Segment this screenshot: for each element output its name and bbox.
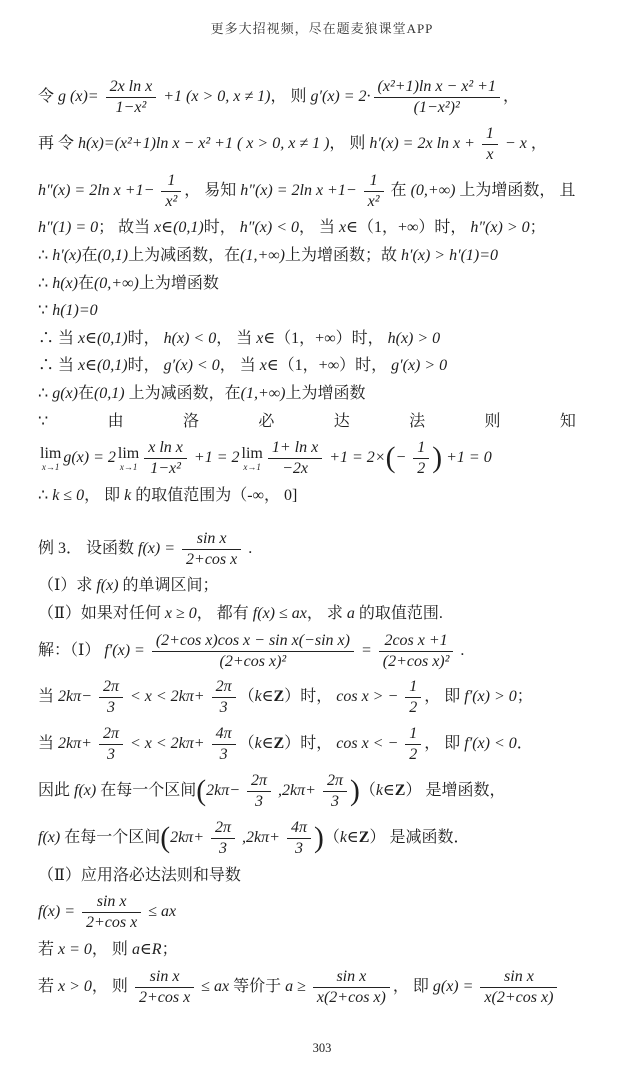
text-run: ， 易知: [184, 182, 240, 199]
fraction: 1x²: [364, 172, 384, 211]
fraction-numerator: 1: [364, 172, 384, 192]
text-run: 当: [38, 688, 58, 705]
fraction-denominator: 2+cos x: [82, 913, 141, 932]
text-run: ∴ 当: [38, 357, 78, 374]
text-line: 当 2kπ− 2π3 < x < 2kπ+ 2π3（k∈Z）时， cos x >…: [38, 677, 604, 718]
text-line: （Ⅱ）如果对任何 x ≥ 0， 都有 f(x) ≤ ax， 求 a 的取值范围.: [38, 603, 604, 625]
text-run: ∴: [38, 487, 52, 504]
fraction-numerator: 2x ln x: [106, 78, 157, 98]
math-run: +1 = 2: [190, 449, 240, 466]
text-run: 的取值范围.: [355, 605, 443, 622]
fraction-numerator: 2π: [211, 819, 235, 839]
limit-subscript: x→1: [120, 463, 138, 472]
fraction: sin xx(2+cos x): [480, 968, 557, 1007]
text-run: 则: [485, 411, 501, 433]
fraction-numerator: 2π: [99, 678, 123, 698]
text-run: （: [324, 829, 340, 846]
fraction: 2x ln x1−x²: [106, 78, 157, 117]
math-run: +1 (x > 0, x ≠ 1): [159, 88, 270, 105]
text-line: ∵ h(1)=0: [38, 300, 604, 322]
math-run: ,2kπ+: [238, 829, 284, 846]
limit-operator: limx→1: [118, 446, 139, 472]
text-run: ∵: [38, 411, 48, 433]
fraction: 1x: [482, 125, 498, 164]
fraction-numerator: 2π: [323, 772, 347, 792]
math-run: x∈(0,1): [154, 219, 204, 236]
page-number: 303: [0, 1041, 644, 1056]
text-run: ∴: [38, 247, 52, 264]
text-run: 若: [38, 978, 58, 995]
text-run: 时，: [204, 219, 240, 236]
stretchy-paren: (: [160, 822, 170, 854]
math-bold-run: Z: [274, 688, 285, 705]
math-run: g′(x) < 0: [164, 357, 220, 374]
math-run: h″(x) > 0: [470, 219, 529, 236]
text-run: ，: [503, 88, 519, 105]
text-run: 令: [38, 88, 58, 105]
math-run: x = 0: [58, 941, 92, 958]
text-run: 上为增函数: [286, 385, 366, 402]
text-line: 若 x = 0， 则 a∈R；: [38, 939, 604, 961]
stretchy-paren: (: [386, 442, 396, 474]
fraction: 4π3: [287, 819, 311, 858]
fraction: 1x²: [161, 172, 181, 211]
fraction: 2cos x +1(2+cos x)²: [379, 632, 454, 671]
math-bold-run: Z: [395, 782, 406, 799]
fraction-denominator: x²: [364, 192, 384, 211]
text-run: 上为减函数，在: [128, 247, 240, 264]
math-run: f(x): [74, 782, 96, 799]
fraction-denominator: (2+cos x)²: [152, 652, 354, 671]
text-run: ∵: [38, 302, 52, 319]
math-run: (1,+∞): [240, 247, 285, 264]
fraction: 12: [413, 439, 429, 478]
text-run: ）时，: [284, 688, 336, 705]
fraction-denominator: 3: [99, 745, 123, 764]
text-line: ∴ h(x)在(0,+∞)上为增函数: [38, 273, 604, 295]
fraction: 2π3: [247, 772, 271, 811]
math-run: g(x) = 2: [63, 449, 116, 466]
fraction-numerator: 2π: [247, 772, 271, 792]
text-run: 再 令: [38, 135, 78, 152]
fraction: 2π3: [211, 819, 235, 858]
text-run: 若: [38, 941, 58, 958]
fraction: x ln x1−x²: [144, 439, 187, 478]
fraction-denominator: 2+cos x: [135, 988, 194, 1007]
math-run: x∈(0,1): [78, 330, 128, 347]
text-run: ；: [162, 941, 178, 958]
fraction-numerator: 1: [405, 725, 421, 745]
math-run: ≤ ax: [144, 903, 176, 920]
text-line: 例 3． 设函数 f(x) = sin x2+cos x .: [38, 529, 604, 570]
math-run: x∈: [256, 330, 275, 347]
math-run: g′(x) > 0: [391, 357, 447, 374]
math-run: g(x): [52, 385, 78, 402]
text-line: f(x) 在每一个区间(2kπ+ 2π3 ,2kπ+ 4π3)（k∈Z） 是减函…: [38, 818, 604, 859]
stretchy-paren: ): [432, 442, 442, 474]
fraction: (x²+1)ln x − x² +1(1−x²)²: [374, 78, 500, 117]
fraction-denominator: (2+cos x)²: [379, 652, 454, 671]
fraction-numerator: x ln x: [144, 439, 187, 459]
text-run: 上为增函数， 且: [455, 182, 575, 199]
math-run: k∈: [255, 735, 274, 752]
text-run: ， 即: [424, 735, 464, 752]
math-run: (1,+∞): [241, 385, 286, 402]
math-run: x∈(0,1): [78, 357, 128, 374]
math-run: ≤ ax: [197, 978, 229, 995]
fraction: 2π3: [212, 678, 236, 717]
math-run: 2kπ−: [58, 688, 96, 705]
fraction-numerator: 1: [482, 125, 498, 145]
math-run: k∈: [376, 782, 395, 799]
math-run: h′(x) > h′(1)=0: [401, 247, 498, 264]
text-run: ） 是减函数．: [369, 829, 469, 846]
text-run: （Ⅰ）求: [38, 577, 96, 594]
fraction: 2π3: [99, 678, 123, 717]
fraction: sin xx(2+cos x): [313, 968, 390, 1007]
fraction-denominator: −2x: [268, 459, 322, 478]
text-run: ， 当: [220, 357, 260, 374]
math-run: h(x) < 0: [164, 330, 217, 347]
fraction-numerator: (2+cos x)cos x − sin x(−sin x): [152, 632, 354, 652]
text-line: 若 x > 0， 则 sin x2+cos x ≤ ax 等价于 a ≥ sin…: [38, 967, 604, 1008]
text-run: ， 则: [329, 135, 369, 152]
text-line: h″(1) = 0； 故当 x∈(0,1)时， h″(x) < 0， 当 x∈（…: [38, 217, 604, 239]
text-run: 当: [38, 735, 58, 752]
text-run: ， 即: [424, 688, 464, 705]
math-run: h′(x): [52, 247, 81, 264]
fraction-numerator: sin x: [313, 968, 390, 988]
fraction-numerator: 1: [413, 439, 429, 459]
math-run: < x < 2kπ+: [126, 688, 209, 705]
math-run: cos x > −: [336, 688, 402, 705]
fraction-numerator: 2π: [212, 678, 236, 698]
fraction-numerator: 1+ ln x: [268, 439, 322, 459]
fraction: 4π3: [212, 725, 236, 764]
text-line: （Ⅰ）求 f(x) 的单调区间；: [38, 575, 604, 597]
text-run: 的单调区间；: [119, 577, 219, 594]
limit-operator: limx→1: [40, 446, 61, 472]
text-run: ； 故当: [98, 219, 154, 236]
math-run: g(x) =: [433, 978, 478, 995]
math-run: h″(x) < 0: [240, 219, 299, 236]
math-run: h″(x) = 2ln x +1−: [240, 182, 360, 199]
text-run: 上为减函数，在: [125, 385, 241, 402]
text-run: 法: [409, 411, 425, 433]
text-line: ∴ g(x)在(0,1) 上为减函数，在(1,+∞)上为增函数: [38, 383, 604, 405]
text-run: ， 求: [307, 605, 347, 622]
text-line: ∵由洛必达法则知: [38, 411, 604, 433]
math-run: =: [357, 642, 376, 659]
text-run: ， 则: [270, 88, 310, 105]
math-run: a: [347, 605, 355, 622]
text-run: 的取值范围为（-∞， 0]: [131, 487, 297, 504]
fraction: sin x2+cos x: [182, 530, 241, 569]
text-run: ；: [517, 688, 533, 705]
fraction-numerator: 2cos x +1: [379, 632, 454, 652]
math-run: f(x): [96, 577, 118, 594]
stretchy-paren: ): [314, 822, 324, 854]
fraction-denominator: 3: [212, 745, 236, 764]
limit-subscript: x→1: [243, 463, 261, 472]
math-run: x∈: [260, 357, 279, 374]
math-run: ,2kπ+: [274, 782, 320, 799]
text-run: .: [456, 642, 464, 659]
fraction: 1+ ln x−2x: [268, 439, 322, 478]
text-line: 再 令 h(x)=(x²+1)ln x − x² +1 ( x > 0, x ≠…: [38, 124, 604, 165]
text-run: 例 3． 设函数: [38, 540, 138, 557]
text-run: 在: [81, 247, 97, 264]
fraction-denominator: x(2+cos x): [313, 988, 390, 1007]
text-run: 达: [334, 411, 350, 433]
text-run: （: [360, 782, 376, 799]
math-run: h(x): [52, 275, 78, 292]
text-run: ， 即: [393, 978, 433, 995]
text-line: 解：（Ⅰ） f′(x) = (2+cos x)cos x − sin x(−si…: [38, 631, 604, 672]
fraction-denominator: 2: [405, 745, 421, 764]
fraction-denominator: 3: [211, 839, 235, 858]
limit-word: lim: [118, 446, 139, 462]
text-line: ∴ 当 x∈(0,1)时， h(x) < 0， 当 x∈（1，+∞）时， h(x…: [38, 328, 604, 350]
text-run: 在: [387, 182, 411, 199]
limit-subscript: x→1: [42, 463, 60, 472]
fraction: sin x2+cos x: [135, 968, 194, 1007]
math-run: < x < 2kπ+: [126, 735, 209, 752]
fraction: 2π3: [323, 772, 347, 811]
text-line: ∴ h′(x)在(0,1)上为减函数，在(1,+∞)上为增函数；故 h′(x) …: [38, 245, 604, 267]
text-run: ∴: [38, 385, 52, 402]
text-line: （Ⅱ）应用洛必达法则和导数: [38, 865, 604, 887]
fraction-numerator: 4π: [212, 725, 236, 745]
text-run: ） 是增函数，: [405, 782, 505, 799]
math-run: h″(1) = 0: [38, 219, 98, 236]
text-run: 上为增函数；故: [285, 247, 401, 264]
text-run: （1，+∞）时，: [275, 330, 387, 347]
fraction-numerator: sin x: [82, 893, 141, 913]
math-bold-run: Z: [359, 829, 370, 846]
math-run: f(x) =: [138, 540, 179, 557]
text-run: （: [239, 688, 255, 705]
scanned-document-page: 更多大招视频，尽在题麦狼课堂APP 令 g (x)= 2x ln x1−x² +…: [0, 0, 644, 1086]
math-run: f′(x) > 0: [464, 688, 517, 705]
text-run: 等价于: [229, 978, 285, 995]
math-run: k∈: [340, 829, 359, 846]
fraction-denominator: x(2+cos x): [480, 988, 557, 1007]
math-run: f(x): [38, 829, 60, 846]
text-run: ， 则: [92, 978, 132, 995]
fraction-numerator: 1: [405, 678, 421, 698]
text-run: 时，: [128, 357, 164, 374]
stretchy-paren: (: [196, 775, 206, 807]
fraction-denominator: 1−x²: [144, 459, 187, 478]
text-line: limx→1g(x) = 2limx→1x ln x1−x² +1 = 2lim…: [38, 438, 604, 479]
text-run: （1，+∞）时，: [279, 357, 391, 374]
math-run: (0,+∞): [411, 182, 456, 199]
text-run: ， 当: [299, 219, 339, 236]
text-line: 当 2kπ+ 2π3 < x < 2kπ+ 4π3（k∈Z）时， cos x <…: [38, 724, 604, 765]
math-run: +1 = 2×: [325, 449, 385, 466]
text-run: 在每一个区间: [96, 782, 196, 799]
math-run: g′(x) = 2·: [310, 88, 370, 105]
text-run: （1，+∞）时，: [358, 219, 470, 236]
fraction-denominator: 3: [247, 792, 271, 811]
math-run: (0,1): [97, 247, 128, 264]
document-body: 令 g (x)= 2x ln x1−x² +1 (x > 0, x ≠ 1)， …: [0, 37, 644, 1007]
fraction-numerator: sin x: [182, 530, 241, 550]
math-run: h′(x) = 2x ln x +: [369, 135, 479, 152]
math-run: x∈: [339, 219, 358, 236]
text-run: （Ⅱ）应用洛必达法则和导数: [38, 867, 241, 884]
text-line: h″(x) = 2ln x +1− 1x²， 易知 h″(x) = 2ln x …: [38, 171, 604, 212]
text-run: 解：（Ⅰ）: [38, 642, 104, 659]
text-line: ∴ k ≤ 0， 即 k 的取值范围为（-∞， 0]: [38, 485, 604, 507]
text-run: ，: [527, 135, 547, 152]
text-line: 因此 f(x) 在每一个区间(2kπ− 2π3 ,2kπ+ 2π3)（k∈Z） …: [38, 771, 604, 812]
fraction: 2π3: [99, 725, 123, 764]
math-run: (0,1): [94, 385, 125, 402]
math-run: 2kπ+: [170, 829, 208, 846]
math-bold-run: Z: [274, 735, 285, 752]
limit-word: lim: [40, 446, 61, 462]
math-run: k ≤ 0: [52, 487, 84, 504]
math-run: x > 0: [58, 978, 92, 995]
math-run: h(1)=0: [52, 302, 97, 319]
fraction-denominator: (1−x²)²: [374, 98, 500, 117]
fraction-denominator: 2: [413, 459, 429, 478]
fraction-denominator: 3: [323, 792, 347, 811]
text-run: ， 则: [92, 941, 132, 958]
text-run: 上为增函数: [139, 275, 219, 292]
math-run: 2kπ−: [206, 782, 244, 799]
math-run: g (x)=: [58, 88, 103, 105]
math-run: x ≥ 0: [165, 605, 197, 622]
math-run: f(x) =: [38, 903, 79, 920]
math-run: − x: [501, 135, 527, 152]
text-run: 在每一个区间: [60, 829, 160, 846]
math-run: a ≥: [285, 978, 310, 995]
math-run: h(x) > 0: [388, 330, 441, 347]
text-run: 在: [78, 385, 94, 402]
fraction: sin x2+cos x: [82, 893, 141, 932]
fraction-denominator: 2+cos x: [182, 550, 241, 569]
text-run: .: [244, 540, 252, 557]
text-run: ．: [517, 735, 533, 752]
text-run: 必: [258, 411, 274, 433]
text-line: 令 g (x)= 2x ln x1−x² +1 (x > 0, x ≠ 1)， …: [38, 77, 604, 118]
fraction-denominator: 3: [287, 839, 311, 858]
fraction-denominator: 3: [99, 698, 123, 717]
text-line: ∴ 当 x∈(0,1)时， g′(x) < 0， 当 x∈（1，+∞）时， g′…: [38, 355, 604, 377]
fraction-numerator: sin x: [480, 968, 557, 988]
text-run: （Ⅱ）如果对任何: [38, 605, 165, 622]
text-run: ∴ 当: [38, 330, 78, 347]
fraction-numerator: 4π: [287, 819, 311, 839]
text-run: 知: [560, 411, 576, 433]
math-run: h(x)=(x²+1)ln x − x² +1 ( x > 0, x ≠ 1 ): [78, 135, 329, 152]
text-run: ；: [530, 219, 546, 236]
fraction-denominator: x²: [161, 192, 181, 211]
text-line: f(x) = sin x2+cos x ≤ ax: [38, 892, 604, 933]
text-run: （: [239, 735, 255, 752]
math-run: h″(x) = 2ln x +1−: [38, 182, 158, 199]
fraction-denominator: 1−x²: [106, 98, 157, 117]
limit-operator: limx→1: [242, 446, 263, 472]
text-run: 由: [108, 411, 124, 433]
math-run: cos x < −: [336, 735, 402, 752]
stretchy-paren: ): [350, 775, 360, 807]
text-run: 时，: [128, 330, 164, 347]
text-run: ， 即: [84, 487, 124, 504]
math-run: k∈: [255, 688, 274, 705]
math-run: (0,+∞): [94, 275, 139, 292]
math-run: f(x) ≤ ax: [253, 605, 307, 622]
text-run: 洛: [183, 411, 199, 433]
fraction-numerator: (x²+1)ln x − x² +1: [374, 78, 500, 98]
text-run: ∴: [38, 275, 52, 292]
fraction-numerator: 2π: [99, 725, 123, 745]
math-run: f′(x) =: [104, 642, 149, 659]
fraction-denominator: 3: [212, 698, 236, 717]
fraction: 12: [405, 725, 421, 764]
math-run: +1 = 0: [442, 449, 492, 466]
math-run: 2kπ+: [58, 735, 96, 752]
fraction: (2+cos x)cos x − sin x(−sin x)(2+cos x)²: [152, 632, 354, 671]
math-run: −: [395, 449, 410, 466]
fraction-numerator: sin x: [135, 968, 194, 988]
page-header-slogan: 更多大招视频，尽在题麦狼课堂APP: [0, 0, 644, 37]
fraction-denominator: x: [482, 145, 498, 164]
fraction-numerator: 1: [161, 172, 181, 192]
text-run: ， 都有: [197, 605, 253, 622]
text-run: 因此: [38, 782, 74, 799]
text-run: ）时，: [284, 735, 336, 752]
limit-word: lim: [242, 446, 263, 462]
fraction-denominator: 2: [405, 698, 421, 717]
math-run: a∈R: [132, 941, 162, 958]
text-run: 在: [78, 275, 94, 292]
math-run: f′(x) < 0: [464, 735, 517, 752]
fraction: 12: [405, 678, 421, 717]
text-run: ， 当: [216, 330, 256, 347]
